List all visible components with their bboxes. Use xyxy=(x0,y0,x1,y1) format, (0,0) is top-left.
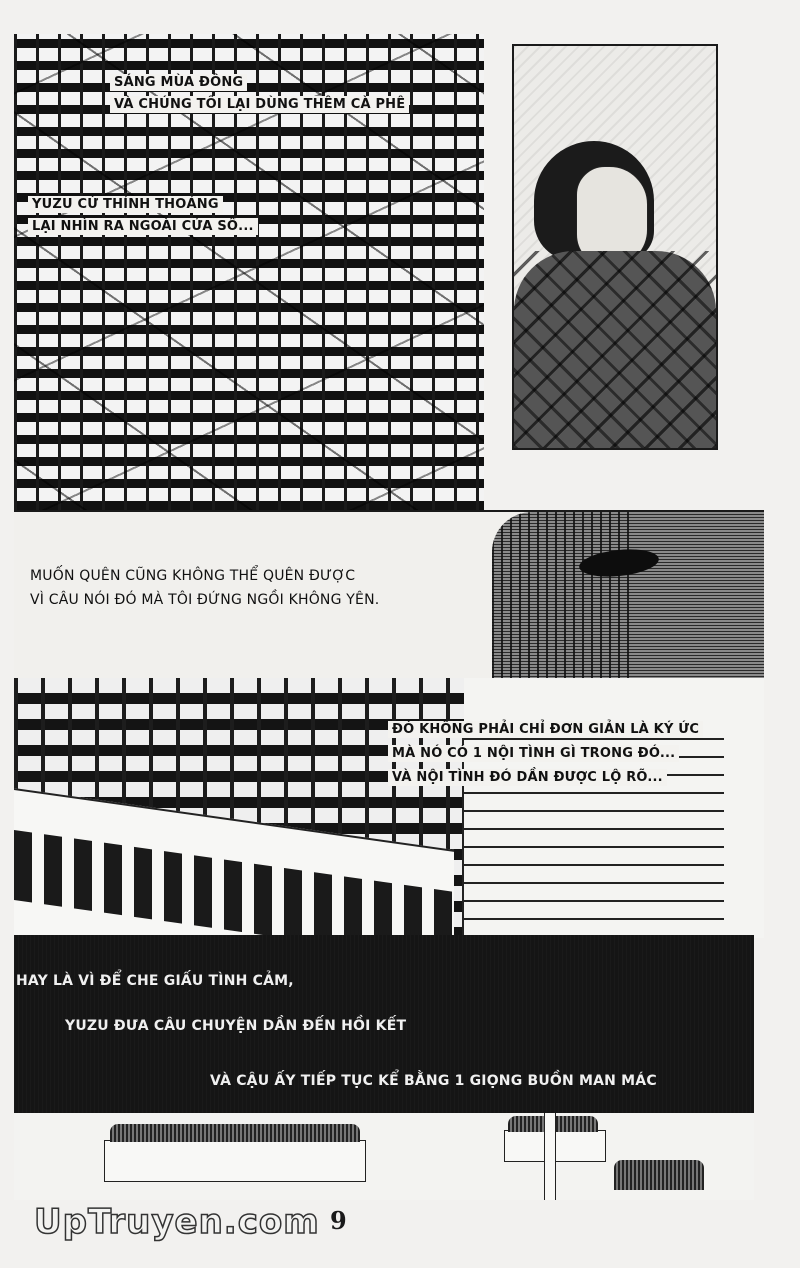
caption-cannot-forget: MUỐN QUÊN CŨNG KHÔNG THỂ QUÊN ĐƯỢC VÌ CÂ… xyxy=(30,564,379,612)
lamp-post xyxy=(544,1100,556,1200)
site-watermark: UpTruyen.com xyxy=(34,1202,320,1242)
manga-page: SÁNG MÙA ĐÔNG VÀ CHÚNG TÔI LẠI DÙNG THÊM… xyxy=(0,0,800,1268)
caption-winter-morning: SÁNG MÙA ĐÔNG VÀ CHÚNG TÔI LẠI DÙNG THÊM… xyxy=(110,72,409,116)
caption-sad-voice: VÀ CẬU ẤY TIẾP TỤC KỂ BẰNG 1 GIỌNG BUỒN … xyxy=(210,1070,657,1092)
shrub xyxy=(614,1160,704,1190)
panel-portrait xyxy=(512,44,718,450)
panel-buildings-lower xyxy=(14,678,764,938)
planter xyxy=(104,1140,366,1182)
character-sweater xyxy=(514,251,716,448)
shrub xyxy=(110,1124,360,1142)
character-hair-strands xyxy=(492,512,632,680)
caption-story-ending: YUZU ĐƯA CÂU CHUYỆN DẦN ĐẾN HỒI KẾT xyxy=(65,1015,406,1037)
page-number: 9 xyxy=(330,1206,347,1235)
caption-not-just-memory: ĐÓ KHÔNG PHẢI CHỈ ĐƠN GIẢN LÀ KÝ ỨC MÀ N… xyxy=(388,718,703,790)
panel-plaza xyxy=(14,1100,754,1200)
caption-hide-feelings: HAY LÀ VÌ ĐỂ CHE GIẤU TÌNH CẢM, xyxy=(16,970,294,992)
caption-yuzu-window: YUZU CỨ THỈNH THOẢNG LẠI NHÌN RA NGOÀI C… xyxy=(28,194,258,238)
